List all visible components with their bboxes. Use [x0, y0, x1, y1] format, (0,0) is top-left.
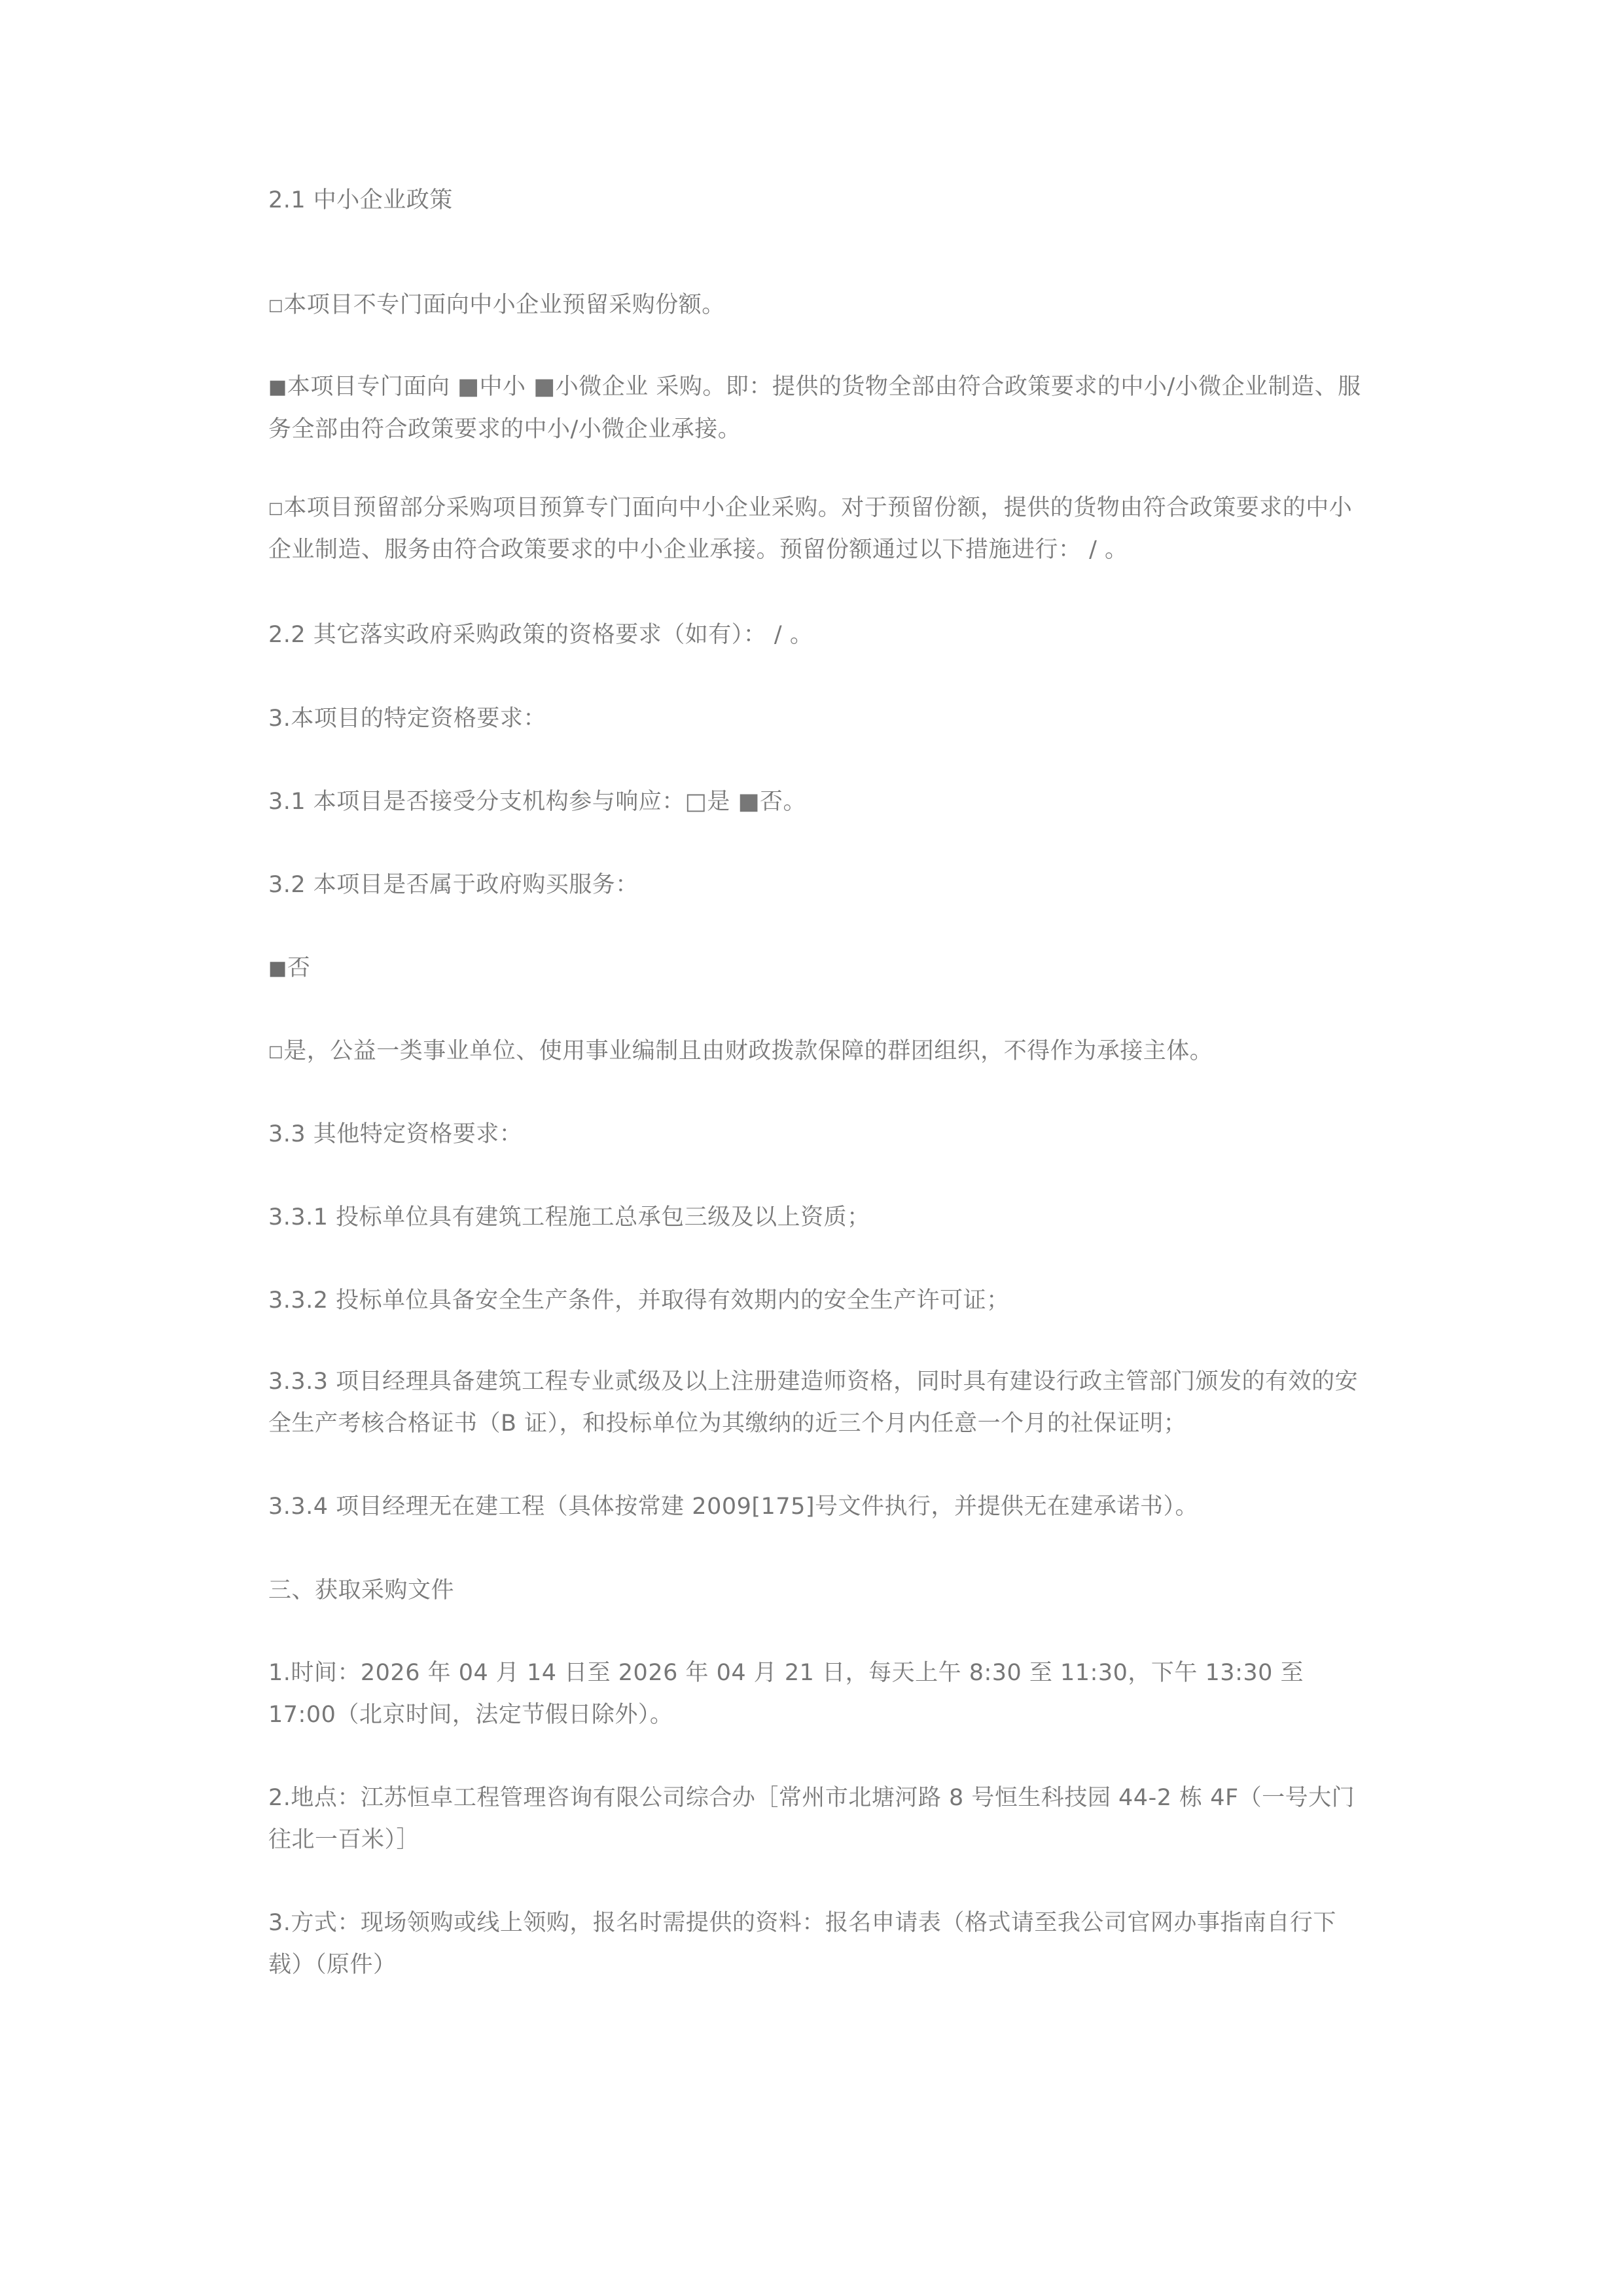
option-service-no: ■否 [268, 947, 1368, 990]
section-2-2: 2.2 其它落实政府采购政策的资格要求（如有）： / 。 [268, 614, 1368, 656]
option-dedicated: ■本项目专门面向 ■中小 ■小微企业 采购。即：提供的货物全部由符合政策要求的中… [268, 366, 1368, 450]
option-text: 本项目预留部分采购项目预算专门面向中小企业采购。对于预留份额，提供的货物由符合政… [268, 495, 1352, 563]
checkbox-filled-icon: ■ [268, 957, 287, 980]
get-docs-place: 2.地点：江苏恒卓工程管理咨询有限公司综合办［常州市北塘河路 8 号恒生科技园 … [268, 1777, 1368, 1861]
section-3-3-2: 3.3.2 投标单位具备安全生产条件，并取得有效期内的安全生产许可证； [268, 1280, 1368, 1321]
section-three-heading: 三、获取采购文件 [268, 1570, 1368, 1611]
get-docs-method: 3.方式：现场领购或线上领购，报名时需提供的资料：报名申请表（格式请至我公司官网… [268, 1902, 1368, 1986]
section-3-3-3: 3.3.3 项目经理具备建筑工程专业贰级及以上注册建造师资格，同时具有建设行政主… [268, 1361, 1368, 1444]
option-partial-reserved: □本项目预留部分采购项目预算专门面向中小企业采购。对于预留份额，提供的货物由符合… [268, 487, 1368, 571]
checkbox-empty-icon: □ [268, 1042, 283, 1060]
option-text: 本项目专门面向 ■中小 ■小微企业 采购。即：提供的货物全部由符合政策要求的中小… [268, 374, 1361, 442]
option-not-reserved: □本项目不专门面向中小企业预留采购份额。 [268, 284, 1368, 326]
section-3-3-1: 3.3.1 投标单位具有建筑工程施工总承包三级及以上资质； [268, 1196, 1368, 1238]
section-3-3-4: 3.3.4 项目经理无在建工程（具体按常建 2009[175]号文件执行，并提供… [268, 1486, 1368, 1528]
section-3-heading: 3.本项目的特定资格要求： [268, 698, 1368, 740]
checkbox-filled-icon: ■ [268, 376, 287, 399]
get-docs-time: 1.时间：2026 年 04 月 14 日至 2026 年 04 月 21 日，… [268, 1652, 1368, 1736]
checkbox-empty-icon: □ [268, 296, 283, 314]
section-2-1-heading: 2.1 中小企业政策 [268, 179, 1368, 221]
option-service-yes: □是，公益一类事业单位、使用事业编制且由财政拨款保障的群团组织，不得作为承接主体… [268, 1030, 1368, 1072]
option-text: 是，公益一类事业单位、使用事业编制且由财政拨款保障的群团组织，不得作为承接主体。 [283, 1038, 1213, 1064]
section-3-1: 3.1 本项目是否接受分支机构参与响应：□是 ■否。 [268, 781, 1368, 823]
option-text: 否 [287, 955, 311, 981]
section-3-2: 3.2 本项目是否属于政府购买服务： [268, 864, 1368, 906]
checkbox-empty-icon: □ [268, 499, 283, 517]
option-text: 本项目不专门面向中小企业预留采购份额。 [283, 292, 725, 318]
section-3-3: 3.3 其他特定资格要求： [268, 1113, 1368, 1155]
